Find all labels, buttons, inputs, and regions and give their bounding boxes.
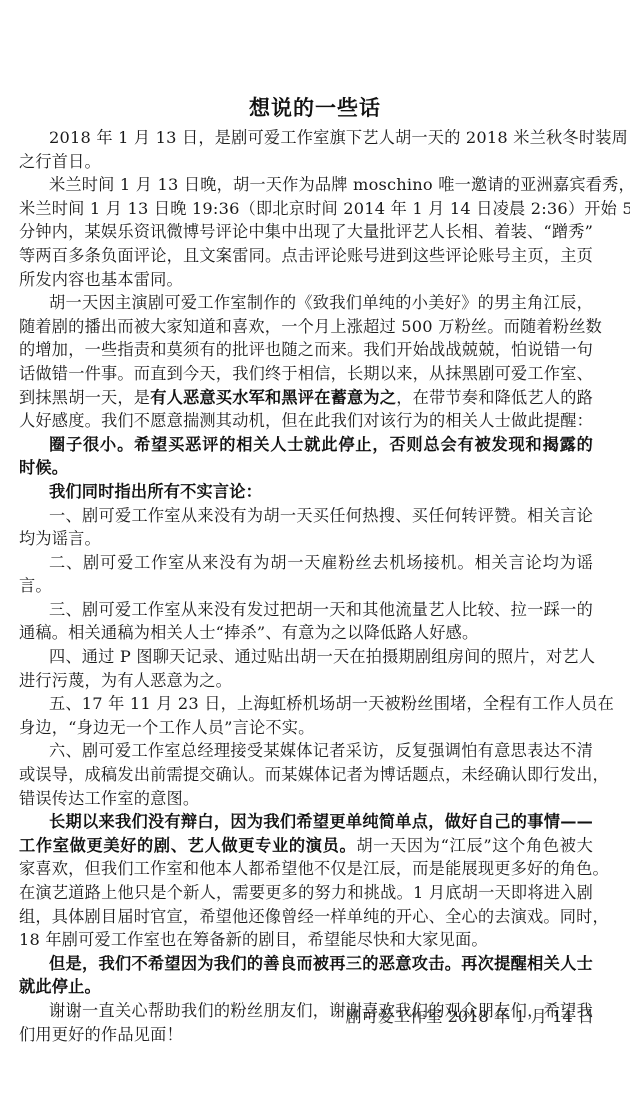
text-line: 在演艺道路上他只是个新人，需要更多的努力和挑战。1 月底胡一天即将进入剧 — [19, 881, 593, 905]
text-segment: 之行首日。 — [19, 152, 101, 171]
text-segment: 的增加，一些指责和莫须有的批评也随之而来。我们开始战战兢兢，怕说错一句 — [19, 340, 593, 359]
bold-text: 圈子很小。希望买恶评的相关人士就此停止，否则总会有被发现和揭露的 — [49, 435, 593, 454]
text-line: 组，具体剧目届时官宣，希望他还像曾经一样单纯的开心、全心的去演戏。同时， — [19, 905, 593, 929]
text-segment: 组，具体剧目届时官宣，希望他还像曾经一样单纯的开心、全心的去演戏。同时， — [19, 907, 609, 926]
text-line: 话做错一件事。而直到今天，我们终于相信，长期以来，从抹黑剧可爱工作室、 — [19, 362, 593, 386]
text-segment: 四、通过 P 图聊天记录、通过贴出胡一天在拍摄期剧组房间的照片，对艺人 — [49, 647, 595, 666]
text-line: 五、17 年 11 月 23 日，上海虹桥机场胡一天被粉丝围堵，全程有工作人员在 — [19, 692, 593, 716]
text-line: 六、剧可爱工作室总经理接受某媒体记者采访，反复强调怕有意思表达不清 — [19, 739, 593, 763]
bold-text: 有人恶意买水军和黑评在蓄意为之 — [150, 388, 396, 407]
text-line: 家喜欢，但我们工作室和他本人都希望他不仅是江辰，而是能展现更多好的角色。 — [19, 857, 593, 881]
text-line: 四、通过 P 图聊天记录、通过贴出胡一天在拍摄期剧组房间的照片，对艺人 — [19, 645, 593, 669]
text-segment: 人好感度。我们不愿意揣测其动机，但在此我们对该行为的相关人士做此提醒： — [19, 411, 593, 430]
text-line: 到抹黑胡一天，是有人恶意买水军和黑评在蓄意为之，在带节奏和降低艺人的路 — [19, 386, 593, 410]
text-segment: 五、17 年 11 月 23 日，上海虹桥机场胡一天被粉丝围堵，全程有工作人员在 — [49, 694, 614, 713]
text-segment: 到抹黑胡一天，是 — [19, 388, 150, 407]
text-line: 胡一天因主演剧可爱工作室制作的《致我们单纯的小美好》的男主角江辰， — [19, 291, 593, 315]
text-segment: 通稿。相关通稿为相关人士“捧杀”、有意为之以降低路人好感。 — [19, 623, 478, 642]
text-segment: 随着剧的播出而被大家知道和喜欢，一个月上涨超过 500 万粉丝。而随着粉丝数 — [19, 317, 602, 336]
text-segment: 胡一天因主演剧可爱工作室制作的《致我们单纯的小美好》的男主角江辰， — [49, 293, 593, 312]
text-line: 但是，我们不希望因为我们的善良而被再三的恶意攻击。再次提醒相关人士 — [19, 952, 593, 976]
text-segment: 米兰时间 1 月 13 日晚，胡一天作为品牌 moschino 唯一邀请的亚洲嘉… — [49, 175, 630, 194]
text-segment: 2018 年 1 月 13 日，是剧可爱工作室旗下艺人胡一天的 2018 米兰秋… — [49, 128, 628, 147]
text-segment: 一、剧可爱工作室从来没有为胡一天买任何热搜、买任何转评赞。相关言论 — [49, 506, 593, 525]
text-line: 三、剧可爱工作室从来没有发过把胡一天和其他流量艺人比较、拉一踩一的 — [19, 598, 593, 622]
text-line: 米兰时间 1 月 13 日晚，胡一天作为品牌 moschino 唯一邀请的亚洲嘉… — [19, 173, 593, 197]
text-line: 人好感度。我们不愿意揣测其动机，但在此我们对该行为的相关人士做此提醒： — [19, 409, 593, 433]
text-segment: 或误导，成稿发出前需提交确认。而某媒体记者为博话题点，未经确认即行发出， — [19, 765, 609, 784]
signature-line: 剧可爱工作室 2018 年 1 月 14 日 — [345, 1003, 594, 1027]
text-segment: 胡一天因为“江辰”这个角色被大 — [356, 836, 593, 855]
bold-text: 我们同时指出所有不实言论： — [49, 482, 262, 501]
text-segment: 身边，“身边无一个工作人员”言论不实。 — [19, 718, 315, 737]
text-line: 圈子很小。希望买恶评的相关人士就此停止，否则总会有被发现和揭露的 — [19, 433, 593, 457]
text-line: 均为谣言。 — [19, 527, 611, 551]
text-line: 一、剧可爱工作室从来没有为胡一天买任何热搜、买任何转评赞。相关言论 — [19, 504, 593, 528]
text-line: 就此停止。 — [19, 975, 611, 999]
text-line: 随着剧的播出而被大家知道和喜欢，一个月上涨超过 500 万粉丝。而随着粉丝数 — [19, 315, 593, 339]
text-line: 长期以来我们没有辩白，因为我们希望更单纯简单点，做好自己的事情—— — [19, 810, 593, 834]
text-segment: 家喜欢，但我们工作室和他本人都希望他不仅是江辰，而是能展现更多好的角色。 — [19, 859, 609, 878]
text-line: 米兰时间 1 月 13 日晚 19:36（即北京时间 2014 年 1 月 14… — [19, 197, 593, 221]
text-line: 言。 — [19, 574, 611, 598]
text-line: 18 年剧可爱工作室也在筹备新的剧目，希望能尽快和大家见面。 — [19, 928, 611, 952]
text-segment: 分钟内，某娱乐资讯微博号评论中集中出现了大量批评艺人长相、着装、“蹭秀” — [19, 222, 593, 241]
text-segment: 话做错一件事。而直到今天，我们终于相信，长期以来，从抹黑剧可爱工作室、 — [19, 364, 593, 383]
text-line: 我们同时指出所有不实言论： — [19, 480, 611, 504]
text-segment: 言。 — [19, 576, 52, 595]
text-segment: 错误传达工作室的意图。 — [19, 789, 199, 808]
text-line: 工作室做更美好的剧、艺人做更专业的演员。胡一天因为“江辰”这个角色被大 — [19, 834, 593, 858]
statement-page: 想说的一些话 2018 年 1 月 13 日，是剧可爱工作室旗下艺人胡一天的 2… — [0, 0, 630, 1120]
text-line: 时候。 — [19, 456, 611, 480]
text-segment: ，在带节奏和降低艺人的路 — [396, 388, 593, 407]
bold-text: 但是，我们不希望因为我们的善良而被再三的恶意攻击。再次提醒相关人士 — [49, 954, 593, 973]
bold-text: 时候。 — [19, 458, 68, 477]
text-line: 二、剧可爱工作室从来没有为胡一天雇粉丝去机场接机。相关言论均为谣 — [19, 551, 593, 575]
text-segment: 们用更好的作品见面！ — [19, 1025, 183, 1044]
document-title: 想说的一些话 — [0, 92, 630, 122]
text-line: 身边，“身边无一个工作人员”言论不实。 — [19, 716, 611, 740]
text-line: 错误传达工作室的意图。 — [19, 787, 611, 811]
text-segment: 均为谣言。 — [19, 529, 101, 548]
text-line: 之行首日。 — [19, 150, 611, 174]
text-line: 通稿。相关通稿为相关人士“捧杀”、有意为之以降低路人好感。 — [19, 621, 611, 645]
text-segment: 米兰时间 1 月 13 日晚 19:36（即北京时间 2014 年 1 月 14… — [19, 199, 630, 218]
text-line: 进行污蔑，为有人恶意为之。 — [19, 669, 611, 693]
text-line: 所发内容也基本雷同。 — [19, 268, 611, 292]
text-segment: 等两百多条负面评论，且文案雷同。点击评论账号进到这些评论账号主页，主页 — [19, 246, 593, 265]
bold-text: 工作室做更美好的剧、艺人做更专业的演员。 — [19, 836, 356, 855]
text-line: 或误导，成稿发出前需提交确认。而某媒体记者为博话题点，未经确认即行发出， — [19, 763, 593, 787]
text-line: 分钟内，某娱乐资讯微博号评论中集中出现了大量批评艺人长相、着装、“蹭秀” — [19, 220, 593, 244]
text-segment: 六、剧可爱工作室总经理接受某媒体记者采访，反复强调怕有意思表达不清 — [49, 741, 593, 760]
text-segment: 二、剧可爱工作室从来没有为胡一天雇粉丝去机场接机。相关言论均为谣 — [49, 553, 593, 572]
text-segment: 进行污蔑，为有人恶意为之。 — [19, 671, 232, 690]
text-line: 等两百多条负面评论，且文案雷同。点击评论账号进到这些评论账号主页，主页 — [19, 244, 593, 268]
bold-text: 就此停止。 — [19, 977, 101, 996]
bold-text: 长期以来我们没有辩白，因为我们希望更单纯简单点，做好自己的事情—— — [49, 812, 593, 831]
text-segment: 在演艺道路上他只是个新人，需要更多的努力和挑战。1 月底胡一天即将进入剧 — [19, 883, 593, 902]
text-segment: 所发内容也基本雷同。 — [19, 270, 183, 289]
text-line: 2018 年 1 月 13 日，是剧可爱工作室旗下艺人胡一天的 2018 米兰秋… — [19, 126, 593, 150]
text-line: 的增加，一些指责和莫须有的批评也随之而来。我们开始战战兢兢，怕说错一句 — [19, 338, 593, 362]
document-body: 2018 年 1 月 13 日，是剧可爱工作室旗下艺人胡一天的 2018 米兰秋… — [19, 126, 611, 1046]
text-segment: 18 年剧可爱工作室也在筹备新的剧目，希望能尽快和大家见面。 — [19, 930, 488, 949]
text-segment: 三、剧可爱工作室从来没有发过把胡一天和其他流量艺人比较、拉一踩一的 — [49, 600, 593, 619]
